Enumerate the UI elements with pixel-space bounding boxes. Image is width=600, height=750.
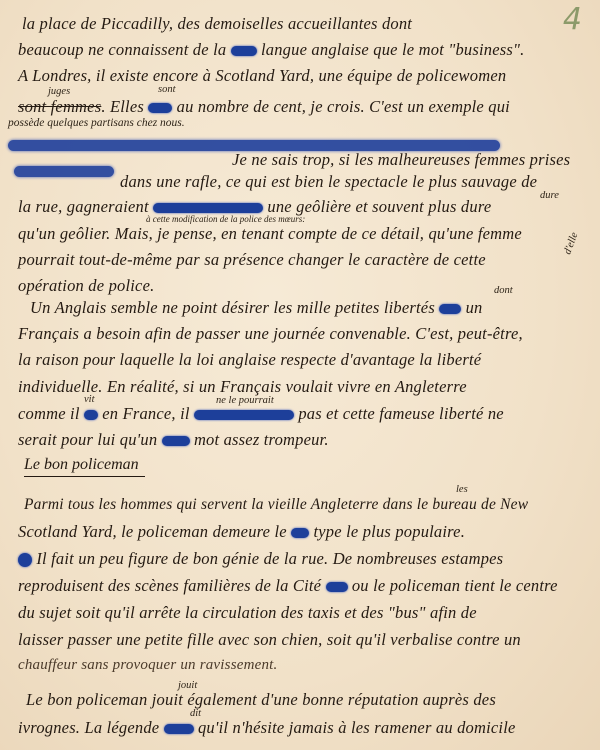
blue-pencil-deletion	[231, 46, 257, 56]
line-text: la rue, gagneraient	[18, 197, 149, 216]
line-text: Parmi tous les hommes qui servent la vie…	[24, 496, 528, 513]
line-text: du sujet soit qu'il arrête la circulatio…	[18, 603, 477, 622]
line-text: la place de Piccadilly, des demoiselles …	[22, 14, 412, 33]
line-text: mot assez trompeur.	[194, 430, 329, 449]
manuscript-line: la raison pour laquelle la loi anglaise …	[18, 350, 586, 370]
line-text: qu'un geôlier. Mais, je pense, en tenant…	[18, 224, 522, 243]
manuscript-line: laisser passer une petite fille avec son…	[18, 630, 586, 650]
manuscript-line: la place de Piccadilly, des demoiselles …	[22, 14, 586, 34]
manuscript-line: Il fait un peu figure de bon génie de la…	[18, 549, 586, 569]
manuscript-line: Scotland Yard, le policeman demeure le t…	[18, 522, 586, 542]
interlinear-insertion: dont	[494, 285, 513, 296]
line-text: reproduisent des scènes familières de la…	[18, 576, 321, 595]
line-text: chauffeur sans provoquer un ravissement.	[18, 657, 278, 673]
manuscript-line: Un Anglais semble ne point désirer les m…	[30, 298, 586, 318]
blue-pencil-deletion	[84, 410, 98, 420]
interlinear-insertion: les	[456, 484, 468, 495]
manuscript-line: individuelle. En réalité, si un Français…	[18, 377, 586, 397]
line-text: qu'il n'hésite jamais à les ramener au d…	[198, 718, 516, 737]
blue-pencil-deletion	[194, 410, 294, 420]
manuscript-line: chauffeur sans provoquer un ravissement.	[18, 657, 586, 674]
line-text: dans une rafle, ce qui est bien le spect…	[120, 172, 537, 191]
line-text: pourrait tout-de-même par sa présence ch…	[18, 250, 486, 269]
line-text: en France, il	[102, 404, 189, 423]
blue-pencil-deletion	[148, 103, 172, 113]
blue-pencil-deletion	[291, 528, 309, 538]
manuscript-line: reproduisent des scènes familières de la…	[18, 576, 586, 596]
struck-text: sont femmes	[18, 97, 101, 116]
section-heading: Le bon policeman	[24, 456, 145, 477]
line-text: . Elles	[101, 97, 144, 116]
manuscript-line: Le bon policeman jouit également d'une b…	[26, 690, 586, 710]
manuscript-line: A Londres, il existe encore à Scotland Y…	[18, 66, 586, 86]
line-text: Il fait un peu figure de bon génie de la…	[36, 549, 503, 568]
line-text: comme il	[18, 404, 80, 423]
manuscript-line: du sujet soit qu'il arrête la circulatio…	[18, 603, 586, 623]
line-text: type le plus populaire.	[313, 522, 465, 541]
manuscript-page: 4 la place de Piccadilly, des demoiselle…	[0, 0, 600, 750]
line-text: ivrognes. La légende	[18, 718, 159, 737]
manuscript-line: ivrognes. La légende qu'il n'hésite jama…	[18, 718, 586, 738]
blue-pencil-deletion	[164, 724, 194, 734]
blue-pencil-strikeout	[14, 166, 114, 177]
interlinear-insertion: juges	[48, 86, 70, 97]
line-text: pas et cette fameuse liberté ne	[298, 404, 504, 423]
line-text: beaucoup ne connaissent de la	[18, 40, 226, 59]
line-text: Scotland Yard, le policeman demeure le	[18, 522, 287, 541]
line-text: Je ne sais trop, si les malheureuses fem…	[232, 150, 570, 169]
line-text: serait pour lui qu'un	[18, 430, 157, 449]
blue-pencil-deletion	[439, 304, 461, 314]
blue-pencil-deletion	[153, 203, 263, 213]
line-text: au nombre de cent, je crois. C'est un ex…	[177, 97, 510, 116]
manuscript-line: qu'un geôlier. Mais, je pense, en tenant…	[18, 224, 586, 244]
manuscript-line: Parmi tous les hommes qui servent la vie…	[24, 496, 586, 514]
line-text: A Londres, il existe encore à Scotland Y…	[18, 66, 506, 85]
manuscript-line: dans une rafle, ce qui est bien le spect…	[120, 172, 586, 192]
interlinear-insertion: possède quelques partisans chez nous.	[8, 117, 185, 129]
interlinear-insertion: sont	[158, 84, 176, 95]
manuscript-line: beaucoup ne connaissent de la langue ang…	[18, 40, 586, 60]
manuscript-line: comme il en France, il pas et cette fame…	[18, 404, 586, 424]
blue-pencil-deletion	[326, 582, 348, 592]
line-text: Le bon policeman jouit également d'une b…	[26, 690, 496, 709]
blue-pencil-deletion	[162, 436, 190, 446]
line-text: Français a besoin afin de passer une jou…	[18, 324, 523, 343]
line-text: un	[466, 298, 483, 317]
line-text: opération de police.	[18, 276, 154, 295]
manuscript-line: pourrait tout-de-même par sa présence ch…	[18, 250, 586, 270]
manuscript-line: Je ne sais trop, si les malheureuses fem…	[232, 150, 586, 170]
manuscript-line: Français a besoin afin de passer une jou…	[18, 324, 586, 344]
manuscript-line: sont femmes. Elles au nombre de cent, je…	[18, 97, 586, 117]
line-text: laisser passer une petite fille avec son…	[18, 630, 521, 649]
line-text: ou le policeman tient le centre	[352, 576, 558, 595]
line-text: la raison pour laquelle la loi anglaise …	[18, 350, 481, 369]
interlinear-insertion: dure	[540, 190, 559, 201]
interlinear-insertion: à cette modification de la police des mœ…	[146, 214, 305, 224]
line-text: Un Anglais semble ne point désirer les m…	[30, 298, 435, 317]
manuscript-line: serait pour lui qu'un mot assez trompeur…	[18, 430, 586, 450]
line-text: langue anglaise que le mot "business".	[261, 40, 524, 59]
blue-pencil-deletion	[18, 553, 32, 567]
